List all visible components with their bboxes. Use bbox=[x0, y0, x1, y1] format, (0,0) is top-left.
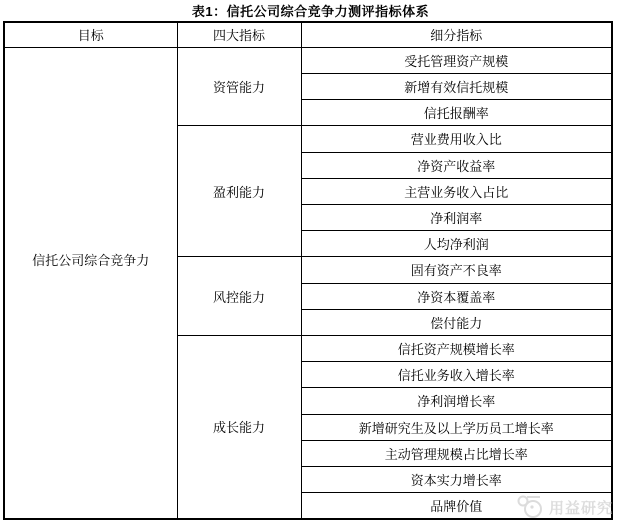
indicator-cell: 信托业务收入增长率 bbox=[301, 362, 612, 388]
indicator-cell: 信托资产规模增长率 bbox=[301, 335, 612, 361]
indicator-cell: 净利润率 bbox=[301, 204, 612, 230]
indicator-cell: 人均净利润 bbox=[301, 231, 612, 257]
indicator-cell: 固有资产不良率 bbox=[301, 257, 612, 283]
header-four-major-indicators: 四大指标 bbox=[177, 22, 301, 47]
category-cell-profitability: 盈利能力 bbox=[177, 126, 301, 257]
target-cell: 信托公司综合竞争力 bbox=[4, 47, 177, 519]
indicator-cell: 营业费用收入比 bbox=[301, 126, 612, 152]
indicator-cell: 新增有效信托规模 bbox=[301, 73, 612, 99]
indicator-cell: 品牌价值 bbox=[301, 493, 612, 519]
indicator-cell: 净资产收益率 bbox=[301, 152, 612, 178]
category-cell-growth: 成长能力 bbox=[177, 335, 301, 519]
indicator-cell: 偿付能力 bbox=[301, 309, 612, 335]
category-cell-risk-control: 风控能力 bbox=[177, 257, 301, 336]
indicator-cell: 主营业务收入占比 bbox=[301, 178, 612, 204]
indicator-cell: 净利润增长率 bbox=[301, 388, 612, 414]
page-title: 表1：信托公司综合竞争力测评指标体系 bbox=[0, 1, 621, 20]
indicator-cell: 新增研究生及以上学历员工增长率 bbox=[301, 414, 612, 440]
indicator-cell: 信托报酬率 bbox=[301, 100, 612, 126]
indicator-cell: 净资本覆盖率 bbox=[301, 283, 612, 309]
header-target: 目标 bbox=[4, 22, 177, 47]
header-detailed-indicators: 细分指标 bbox=[301, 22, 612, 47]
table-header-row: 目标 四大指标 细分指标 bbox=[4, 22, 612, 47]
competitiveness-indicator-table: 目标 四大指标 细分指标 信托公司综合竞争力 资管能力 受托管理资产规模 新增有… bbox=[3, 21, 613, 520]
indicator-cell: 主动管理规模占比增长率 bbox=[301, 440, 612, 466]
table-row: 信托公司综合竞争力 资管能力 受托管理资产规模 bbox=[4, 47, 612, 73]
indicator-cell: 受托管理资产规模 bbox=[301, 47, 612, 73]
indicator-cell: 资本实力增长率 bbox=[301, 466, 612, 492]
category-cell-asset-management: 资管能力 bbox=[177, 47, 301, 126]
